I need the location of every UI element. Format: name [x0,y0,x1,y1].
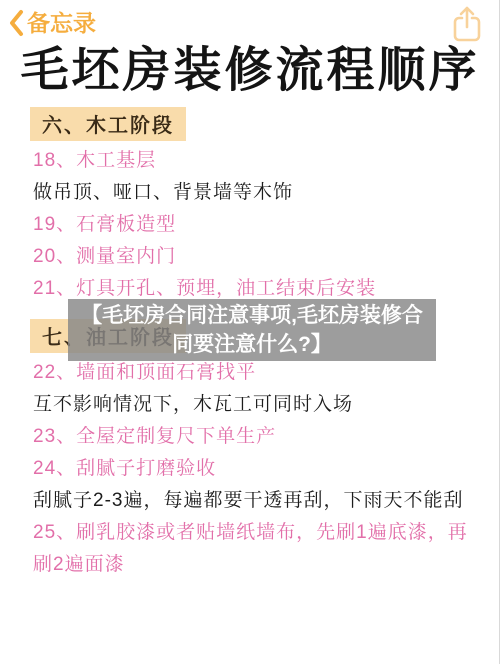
back-button[interactable]: 备忘录 [8,8,96,38]
step-line-25: 25、刷乳胶漆或者贴墙纸墙布，先刷1遍底漆，再刷2遍面漆 [33,517,472,581]
step-line-19: 19、石膏板造型 [33,209,472,241]
chevron-left-icon [8,9,24,37]
note-line: 互不影响情况下，木瓦工可同时入场 [33,389,472,421]
caption-overlay-line2: 同要注意什么?】 [68,330,436,359]
notes-app-screen: 备忘录 毛坯房装修流程顺序 六、木工阶段 18、木工基层 做吊顶、哑口、背景墙等… [0,0,500,664]
back-button-label: 备忘录 [27,8,96,38]
step-line-20: 20、测量室内门 [33,241,472,273]
section-header-carpentry: 六、木工阶段 [30,107,186,141]
caption-overlay: 【毛坯房合同注意事项,毛坯房装修合 同要注意什么?】 [68,299,436,361]
note-line: 做吊顶、哑口、背景墙等木饰 [33,177,472,209]
step-line-23: 23、全屋定制复尺下单生产 [33,421,472,453]
share-icon [452,6,482,44]
share-button[interactable] [452,6,482,44]
step-line-18: 18、木工基层 [33,145,472,177]
note-line: 刮腻子2-3遍，每遍都要干透再刮，下雨天不能刮 [33,485,472,517]
page-title: 毛坯房装修流程顺序 [0,42,500,100]
section-header-row: 六、木工阶段 [30,107,500,141]
step-line-22: 22、墙面和顶面石膏找平 [33,357,472,389]
step-line-24: 24、刮腻子打磨验收 [33,453,472,485]
caption-overlay-line1: 【毛坯房合同注意事项,毛坯房装修合 [68,301,436,330]
navbar: 备忘录 [0,0,500,42]
